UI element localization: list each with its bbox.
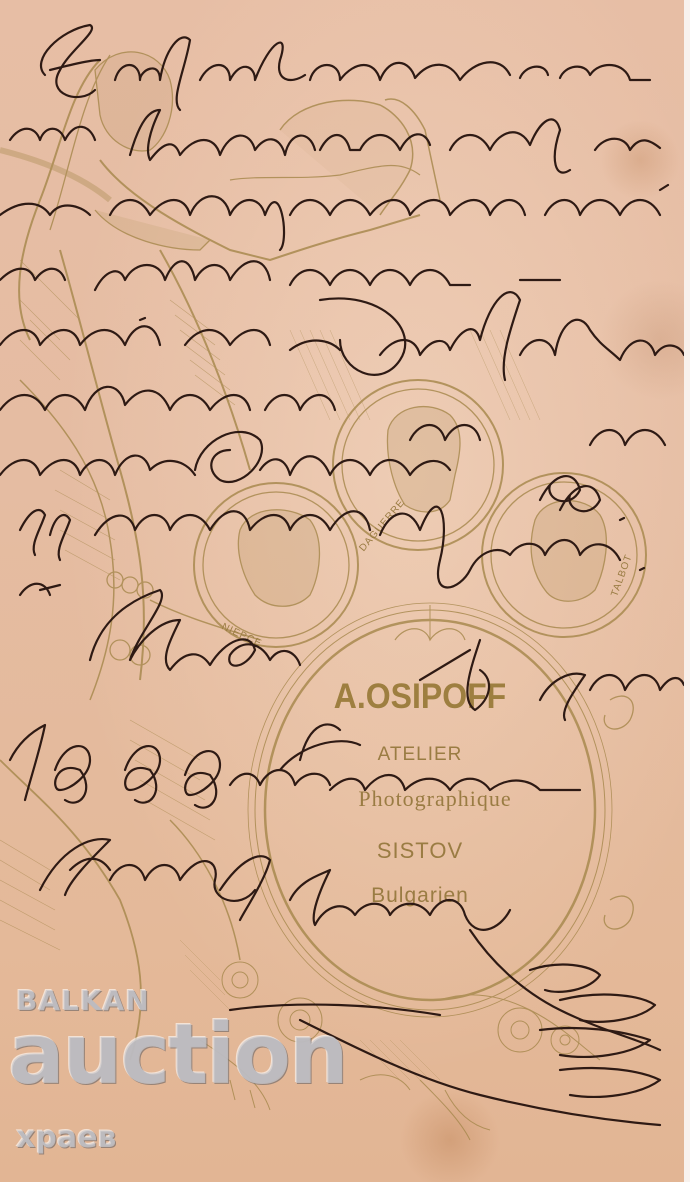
watermark-username: храев <box>16 1120 116 1155</box>
watermark-main: auction <box>8 1012 347 1096</box>
photo-card-back: DAGUERRE NIEPCE TALBOT A.OSIPOFF ATELIER… <box>0 0 684 1182</box>
scan-edge <box>684 0 690 1182</box>
